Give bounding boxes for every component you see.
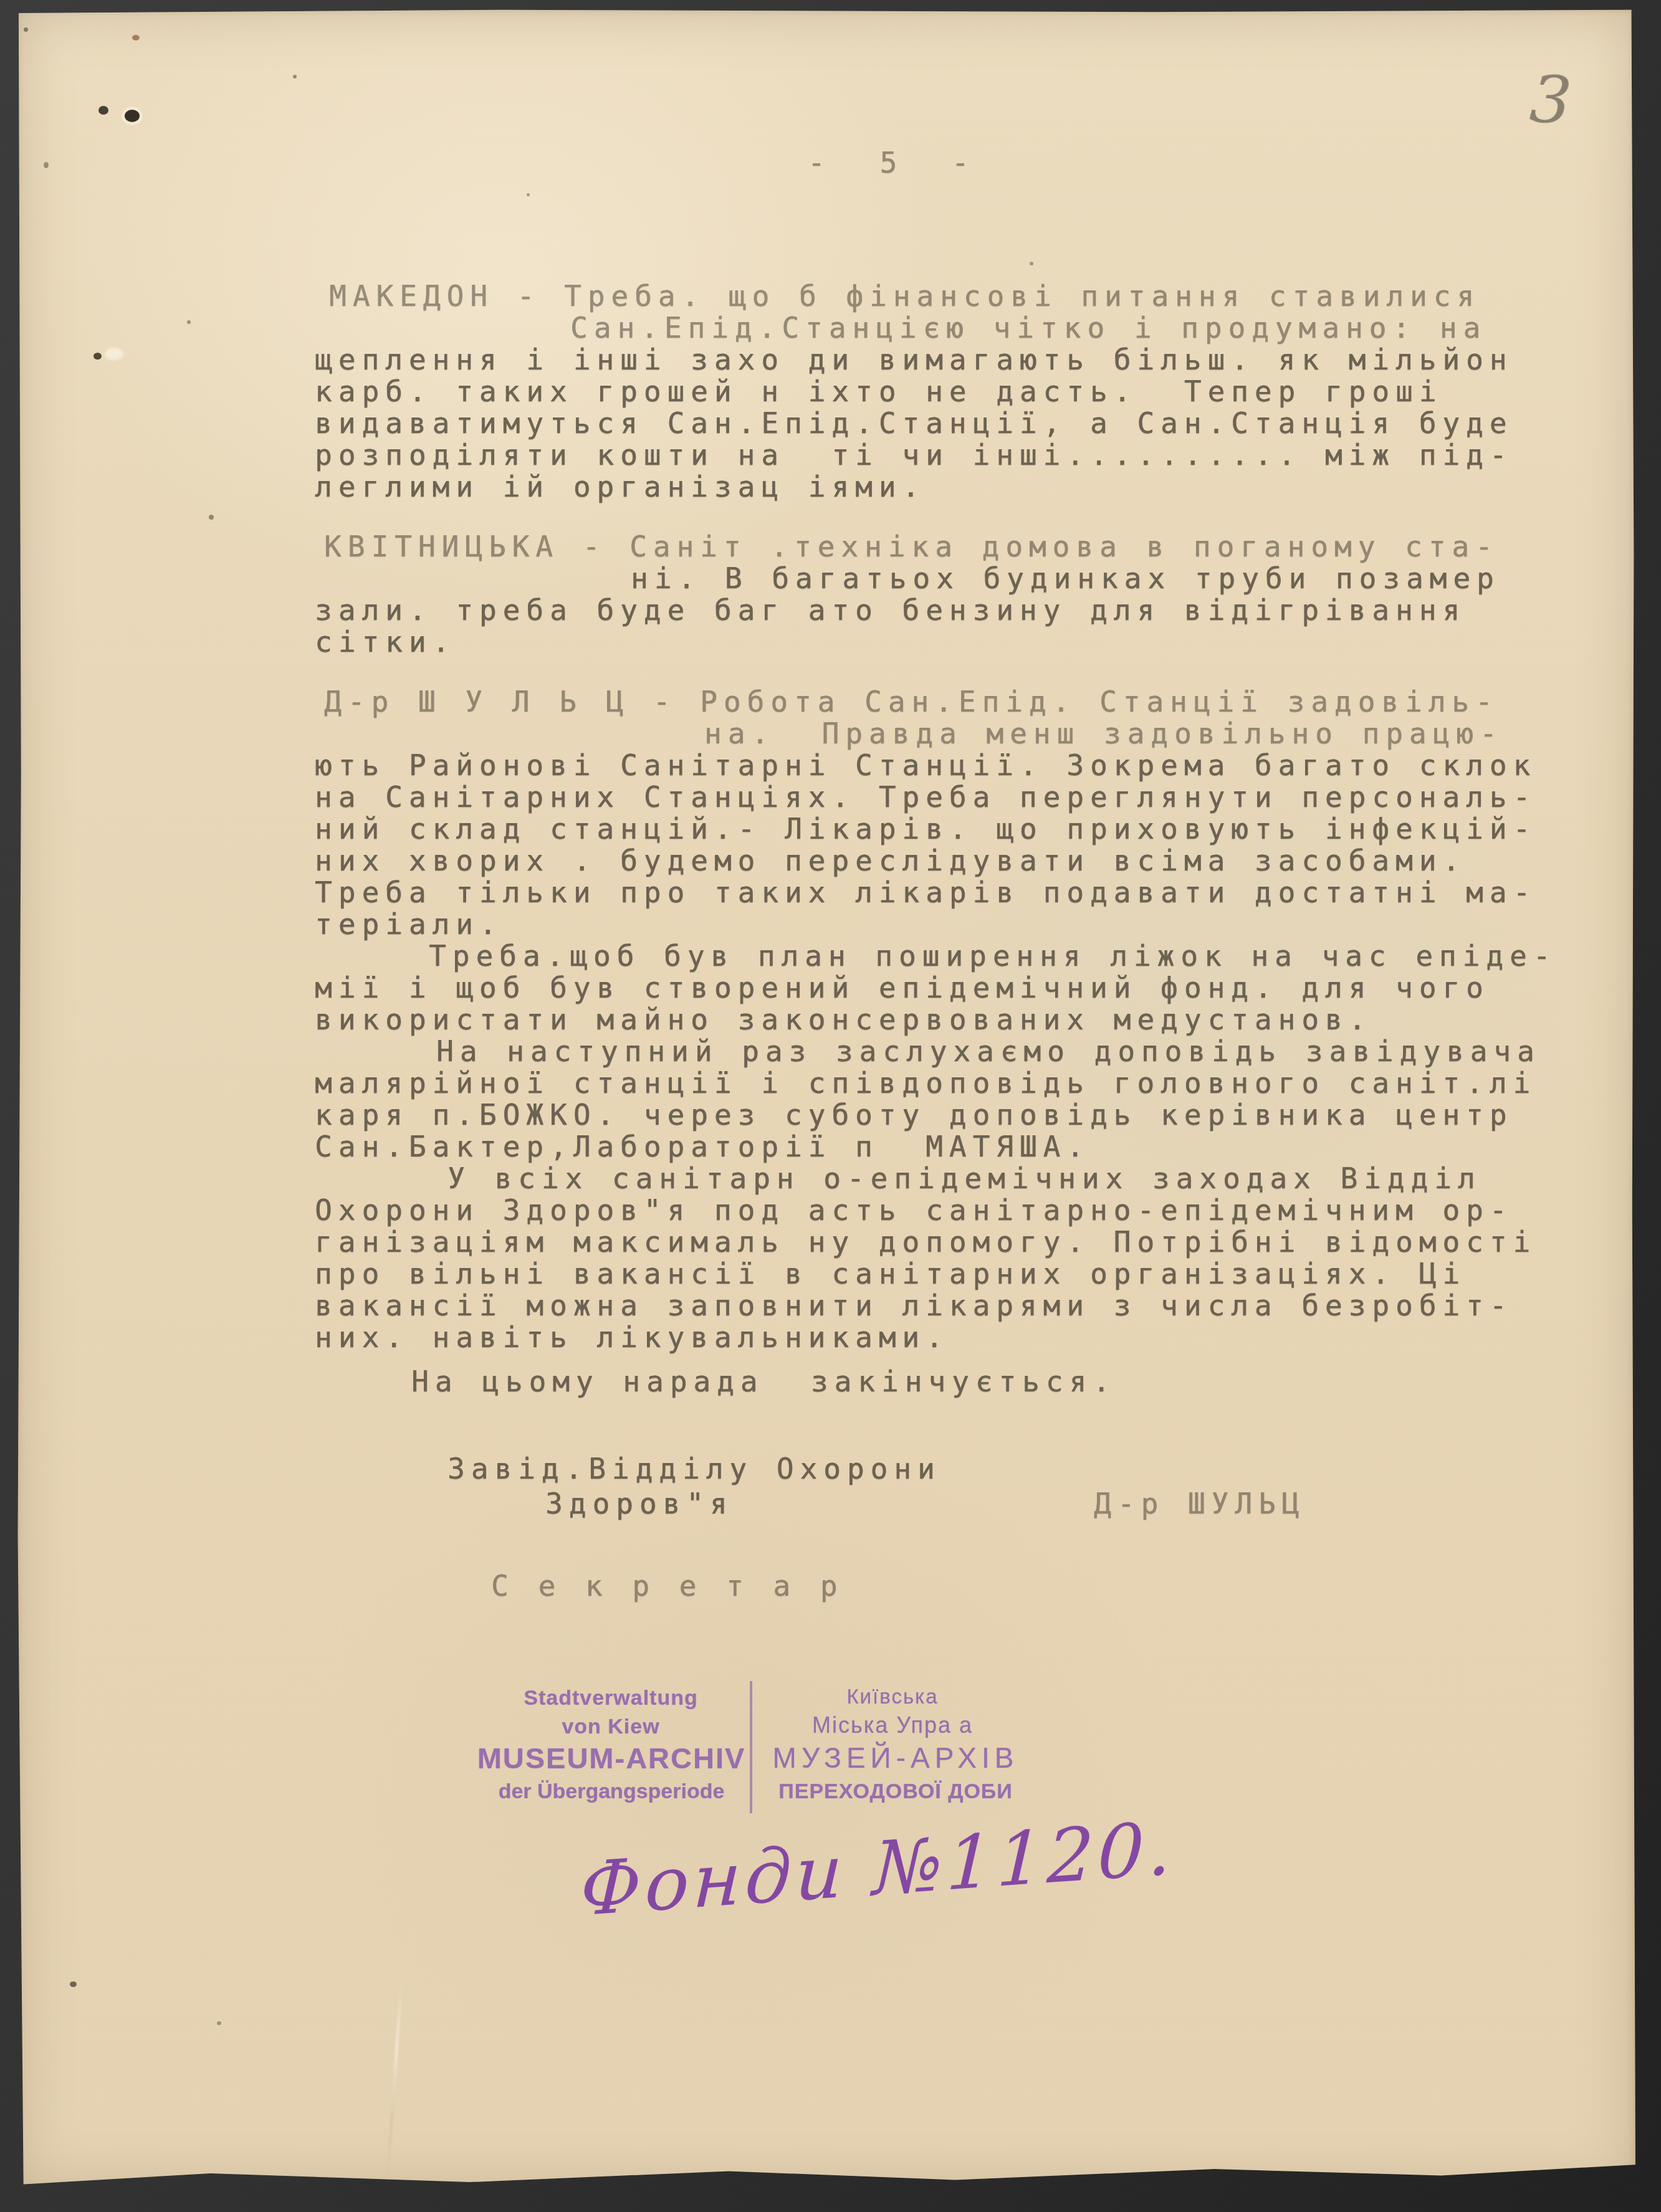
minutes-line: щеплення і інші захо ди вимагають більш.… bbox=[315, 344, 1513, 375]
paper-dent bbox=[105, 348, 123, 360]
paper-speck bbox=[217, 2021, 221, 2025]
stamp-german-line4: der Übergangsperiode bbox=[471, 1780, 752, 1804]
paper-hole bbox=[93, 353, 102, 360]
minutes-line: вакансії можна заповнити лікарями з числ… bbox=[315, 1290, 1513, 1321]
signature-name: Д-р ШУЛЬЦ bbox=[1094, 1488, 1305, 1519]
signature-role-line2: Здоров"я bbox=[545, 1488, 734, 1519]
minutes-line: ють Районові Санітарні Станції. Зокрема … bbox=[315, 750, 1536, 781]
minutes-line: мії і щоб був створений епідемічний фонд… bbox=[315, 972, 1490, 1003]
minutes-line: на. Правда менш задовільно працю- bbox=[704, 718, 1503, 749]
minutes-line: Сан.Епід.Станцією чітко і продумано: на bbox=[570, 312, 1486, 343]
minutes-line: Сан.Бактер,Лабораторії п МАТЯША. bbox=[315, 1131, 1090, 1162]
minutes-line: карб. таких грошей н іхто не дасть. Тепе… bbox=[315, 376, 1442, 407]
minutes-line: ні. В багатьох будинках труби позамер bbox=[631, 563, 1500, 594]
stamp-german-line1: Stadtverwaltung bbox=[474, 1686, 748, 1710]
minutes-line: на Санітарних Станціях. Треба переглянут… bbox=[315, 781, 1536, 813]
stamp-ukrainian-line4: ПЕРЕХОДОВОЇ ДОБИ bbox=[755, 1780, 1036, 1804]
stamp-ukrainian-line3: МУЗЕЙ-АРХІВ bbox=[755, 1741, 1036, 1775]
minutes-line: леглими ій організац іями. bbox=[315, 471, 926, 502]
paper-speck bbox=[209, 515, 214, 520]
minutes-line: малярійної станції і співдоповідь головн… bbox=[315, 1067, 1536, 1099]
paper-speck bbox=[187, 320, 191, 324]
minutes-line: теріали. bbox=[315, 908, 503, 940]
stamp-ukrainian-line1: Київська bbox=[755, 1685, 1030, 1709]
closing-line: На цьому нарада закінчується. bbox=[411, 1366, 1116, 1397]
minutes-line: Охорони Здоров"я под асть санітарно-епід… bbox=[315, 1194, 1513, 1226]
minutes-line: використати майно законсервованих медуст… bbox=[315, 1004, 1372, 1035]
scanned-document: 3 - 5 - МАКЕДОН - Треба. що б фінансові … bbox=[0, 0, 1661, 2212]
minutes-line: розподіляти кошти на ті чи інші.........… bbox=[315, 439, 1513, 470]
minutes-line: про вільні вакансії в санітарних організ… bbox=[315, 1258, 1466, 1289]
minutes-line: ний склад станцій.- Лікарів. що приховую… bbox=[315, 813, 1536, 844]
paper-speck bbox=[1030, 262, 1033, 265]
typed-page-number: - 5 - bbox=[808, 147, 987, 178]
paper-speck bbox=[527, 193, 530, 196]
minutes-line: Треба.щоб був план поширення ліжок на ча… bbox=[429, 940, 1556, 971]
paper-hole bbox=[125, 110, 140, 122]
stamp-ukrainian-line2: Міська Упра а bbox=[755, 1712, 1030, 1738]
paper-speck bbox=[293, 75, 297, 79]
paper-stain bbox=[132, 35, 140, 41]
minutes-line: них. навіть лікувальниками. bbox=[315, 1322, 949, 1353]
minutes-line: МАКЕДОН - Треба. що б фінансові питання … bbox=[329, 280, 1480, 312]
paper-speck bbox=[70, 1981, 77, 1987]
paper-speck bbox=[44, 162, 49, 168]
minutes-line: КВІТНИЦЬКА - Саніт .техніка домова в пог… bbox=[324, 531, 1499, 562]
minutes-line: На наступний раз заслухаємо доповідь зав… bbox=[436, 1036, 1541, 1067]
minutes-line: Треба тільки про таких лікарів подавати … bbox=[315, 877, 1536, 908]
minutes-line: У всіх санітарн о-епідемічних заходах Ві… bbox=[448, 1163, 1481, 1194]
minutes-line: ганізаціям максималь ну допомогу. Потріб… bbox=[315, 1226, 1536, 1257]
paper-speck bbox=[24, 27, 28, 32]
stamp-german-line3: MUSEUM-ARCHIV bbox=[471, 1741, 752, 1775]
paper-hole bbox=[98, 106, 108, 115]
signature-role-line1: Завід.Відділу Охорони bbox=[448, 1453, 941, 1484]
stamp-german-line2: von Kiew bbox=[474, 1715, 748, 1739]
pencil-page-number: 3 bbox=[1528, 61, 1574, 140]
minutes-line: Д-р Ш У Л Ь Ц - Робота Сан.Епід. Станції… bbox=[324, 686, 1499, 717]
minutes-line: зали. треба буде баг ато бензину для від… bbox=[315, 594, 1466, 626]
minutes-line: сітки. bbox=[315, 626, 456, 657]
signature-secretary: С е к р е т а р bbox=[491, 1570, 843, 1601]
minutes-line: каря п.БОЖКО. через суботу доповідь кері… bbox=[315, 1099, 1513, 1130]
minutes-line: видаватимуться Сан.Епід.Станції, а Сан.С… bbox=[315, 408, 1513, 439]
minutes-line: них хворих . будемо переслідувати всіма … bbox=[315, 845, 1466, 876]
